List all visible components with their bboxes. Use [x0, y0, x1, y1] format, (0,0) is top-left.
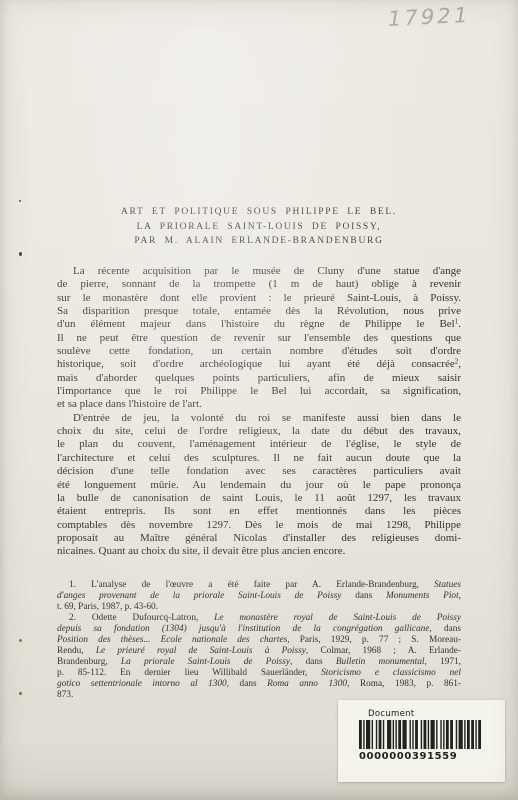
- text-line: été longuement mûrie. Au lendemain du jo…: [57, 479, 461, 492]
- text-line: proposait au Maître général Nicolas d'in…: [57, 532, 461, 545]
- paper-speck: [19, 200, 21, 202]
- barcode-icon: [359, 720, 481, 749]
- text-line: D'entrée de jeu, la volonté du roi se ma…: [57, 412, 461, 425]
- barcode-sticker: Document 0000000391559: [338, 700, 505, 782]
- text-line: soulève cette fondation, un certain nomb…: [57, 345, 461, 358]
- text-line: historique, soit d'ordre archéologique l…: [57, 358, 461, 371]
- text-line: LA PRIORALE SAINT-LOUIS DE POISSY,: [57, 220, 461, 235]
- body-paragraph-2: D'entrée de jeu, la volonté du roi se ma…: [57, 412, 461, 559]
- text-line: de pierre, sonnant de la trompette (1 m …: [57, 278, 461, 291]
- text-line: Position des thèses... École nationale d…: [57, 635, 461, 646]
- paper-speck: [19, 692, 22, 695]
- text-line: Brandenburg, La priorale Saint-Louis de …: [57, 657, 461, 668]
- article-title: ART ET POLITIQUE SOUS PHILIPPE LE BEL.LA…: [57, 205, 461, 249]
- text-line: nicaines. Quant au choix du site, il dev…: [57, 545, 461, 558]
- text-line: gotico settentrionale intorno al 1300, d…: [57, 679, 461, 690]
- text-line: choix du site, celui de l'ordre religieu…: [57, 425, 461, 438]
- article-body: La récente acquisition par le musée de C…: [57, 265, 461, 559]
- text-line: l'importance que le roi Philippe le Bel …: [57, 385, 461, 398]
- paper-speck: [19, 639, 22, 642]
- barcode-number: 0000000391559: [359, 751, 505, 762]
- footnote-2: 2. Odette Dufourcq-Latron, Le monastère …: [57, 613, 461, 701]
- text-line: p. 85-112. En dernier lieu Willibald Sau…: [57, 668, 461, 679]
- body-paragraph-1: La récente acquisition par le musée de C…: [57, 265, 461, 412]
- text-line: La récente acquisition par le musée de C…: [57, 265, 461, 278]
- text-line: étaient entrepris. Ils sont en effet men…: [57, 505, 461, 518]
- text-line: décision d'une telle fondation avec ses …: [57, 465, 461, 478]
- text-line: Sa disparition presque totale, entamée d…: [57, 305, 461, 318]
- text-line: t. 69, Paris, 1987, p. 43-60.: [57, 602, 461, 613]
- footnote-1: 1. L'analyse de l'œuvre a été faite par …: [57, 580, 461, 613]
- text-line: PAR M. ALAIN ERLANDE-BRANDENBURG: [57, 234, 461, 249]
- footnotes: 1. L'analyse de l'œuvre a été faite par …: [57, 580, 461, 701]
- text-line: comptables dès novembre 1297. Dès le moi…: [57, 519, 461, 532]
- text-line: d'un élément majeur dans l'histoire du r…: [57, 318, 461, 331]
- paper-speck: [19, 252, 22, 256]
- text-line: sur le monastère dont elle provient : le…: [57, 292, 461, 305]
- barcode-label: Document: [368, 709, 505, 719]
- text-line: l'architecture et celui des sculptures. …: [57, 452, 461, 465]
- text-line: depuis sa fondation (1304) jusqu'à l'ins…: [57, 624, 461, 635]
- text-line: la bulle de canonisation de saint Louis,…: [57, 492, 461, 505]
- scanned-article-page: 17921 ART ET POLITIQUE SOUS PHILIPPE LE …: [0, 0, 518, 800]
- text-line: 1. L'analyse de l'œuvre a été faite par …: [57, 580, 461, 591]
- text-line: ART ET POLITIQUE SOUS PHILIPPE LE BEL.: [57, 205, 461, 220]
- text-line: mais d'aborder quelques points particuli…: [57, 372, 461, 385]
- text-line: Rendu, Le prieuré royal de Saint-Louis à…: [57, 646, 461, 657]
- text-line: et sa place dans l'histoire de l'art.: [57, 398, 461, 411]
- text-line: le plan du couvent, l'aménagement intéri…: [57, 438, 461, 451]
- handwritten-accession-number: 17921: [386, 3, 472, 31]
- text-line: d'anges provenant de la priorale Saint-L…: [57, 591, 461, 602]
- text-line: Il ne peut être question de revenir sur …: [57, 332, 461, 345]
- text-line: 2. Odette Dufourcq-Latron, Le monastère …: [57, 613, 461, 624]
